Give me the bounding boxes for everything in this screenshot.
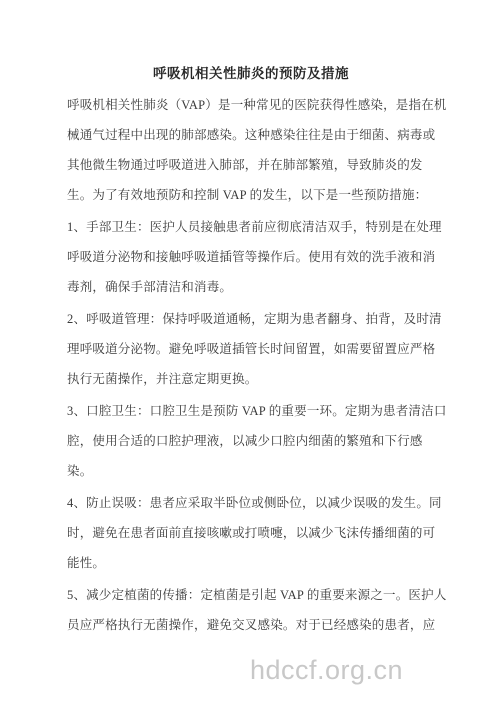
document-body: 呼吸机相关性肺炎的预防及措施 呼吸机相关性肺炎（VAP）是一种常见的医院获得性感… bbox=[67, 64, 435, 642]
watermark-text: hdccf.org.cn bbox=[250, 655, 403, 686]
measure-3-oral-hygiene: 3、口腔卫生：口腔卫生是预防 VAP 的重要一环。定期为患者清洁口 腔，使用合适… bbox=[67, 396, 435, 486]
measure-4-aspiration-prevention: 4、防止误吸：患者应采取半卧位或侧卧位，以减少误吸的发生。同 时，避免在患者面前… bbox=[67, 488, 435, 578]
measure-5-colonized-bacteria: 5、减少定植菌的传播：定植菌是引起 VAP 的重要来源之一。医护人 员应严格执行… bbox=[67, 580, 435, 640]
document-title: 呼吸机相关性肺炎的预防及措施 bbox=[67, 64, 435, 84]
intro-paragraph: 呼吸机相关性肺炎（VAP）是一种常见的医院获得性感染，是指在机 械通气过程中出现… bbox=[67, 90, 435, 210]
document-page: 呼吸机相关性肺炎的预防及措施 呼吸机相关性肺炎（VAP）是一种常见的医院获得性感… bbox=[0, 0, 500, 707]
measure-1-hand-hygiene: 1、手部卫生：医护人员接触患者前应彻底清洁双手，特别是在处理 呼吸道分泌物和接触… bbox=[67, 212, 435, 302]
measure-2-airway-management: 2、呼吸道管理：保持呼吸道通畅，定期为患者翻身、拍背，及时清 理呼吸道分泌物。避… bbox=[67, 304, 435, 394]
